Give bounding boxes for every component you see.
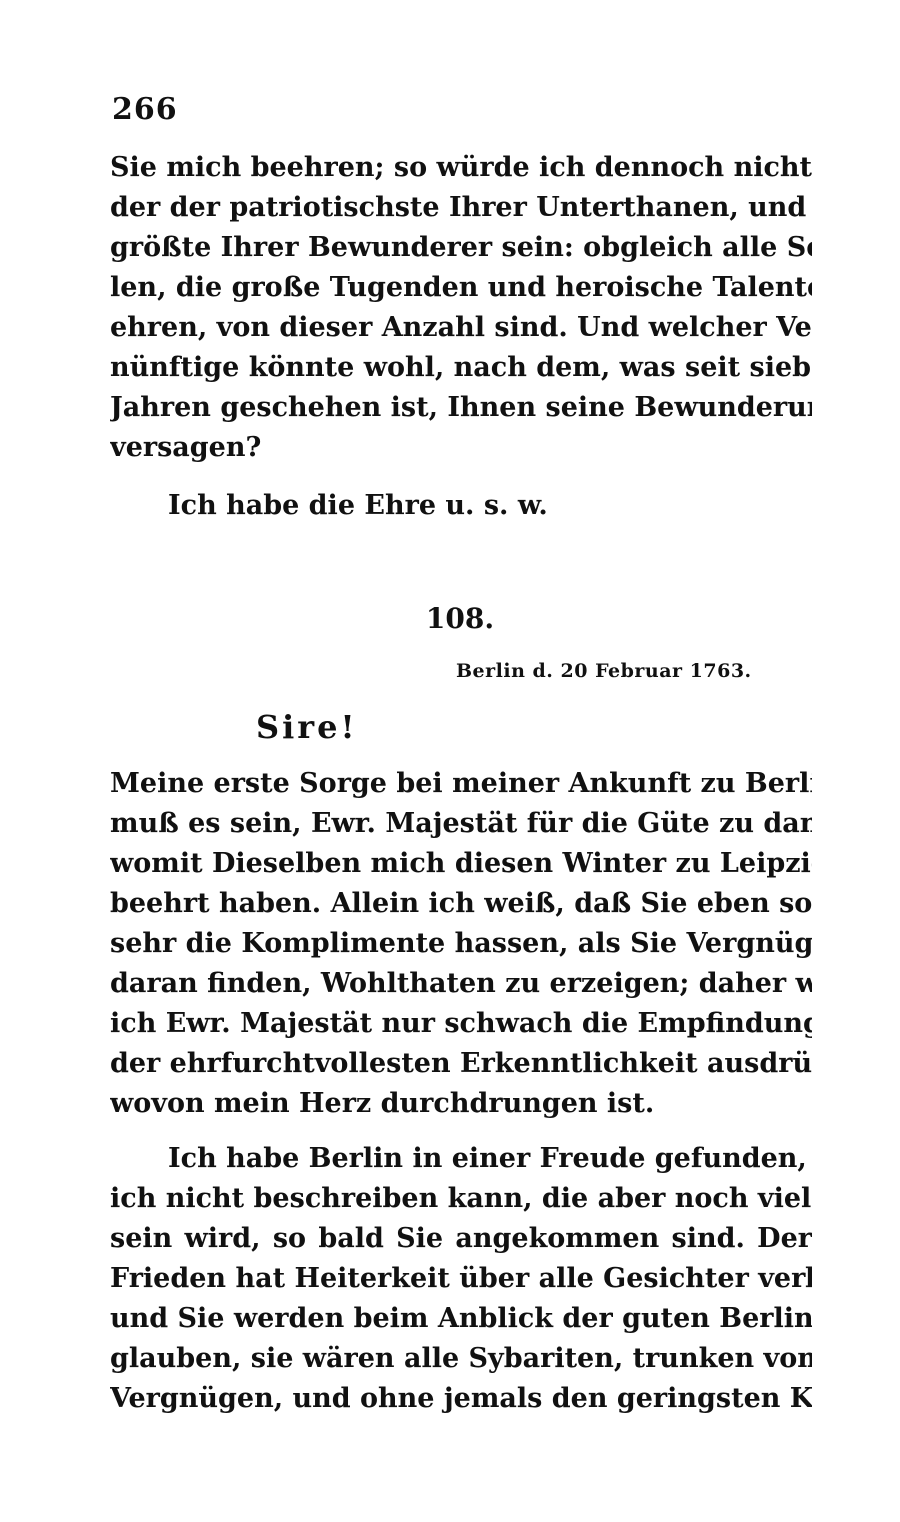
text-line: größte Ihrer Bewunderer sein: obgleich a… (110, 228, 812, 268)
page-number: 266 (112, 92, 178, 127)
text-line: Jahren geschehen ist, Ihnen seine Bewund… (110, 388, 812, 428)
text-line: daran finden, Wohlthaten zu erzeigen; da… (110, 964, 812, 1004)
text-line: versagen? (110, 428, 812, 468)
text-line: glauben, sie wären alle Sybariten, trunk… (110, 1339, 812, 1379)
text-line: der ehrfurchtvollesten Erkenntlichkeit a… (110, 1044, 812, 1084)
closing-formula: Ich habe die Ehre u. s. w. (168, 490, 548, 521)
text-line: ich Ewr. Majestät nur schwach die Empfin… (110, 1004, 812, 1044)
text-line: Vergnügen, und ohne jemals den geringste… (110, 1379, 812, 1419)
text-line: ich nicht beschreiben kann, die aber noc… (110, 1179, 812, 1219)
letter-number: 108. (0, 602, 900, 635)
salutation: Sire! (256, 708, 358, 746)
dateline: Berlin d. 20 Februar 1763. (456, 660, 752, 682)
continuation-paragraph: Sie mich beehren; so würde ich dennoch n… (110, 148, 812, 468)
text-line: ehren, von dieser Anzahl sind. Und welch… (110, 308, 812, 348)
text-line: sehr die Komplimente hassen, als Sie Ver… (110, 924, 812, 964)
text-line: wovon mein Herz durchdrungen ist. (110, 1084, 812, 1124)
text-line: Frieden hat Heiterkeit über alle Gesicht… (110, 1259, 812, 1299)
text-line: Ich habe Berlin in einer Freude gefunden… (110, 1139, 812, 1179)
letter-paragraph-1: Meine erste Sorge bei meiner Ankunft zu … (110, 764, 812, 1124)
text-line: beehrt haben. Allein ich weiß, daß Sie e… (110, 884, 812, 924)
text-line: muß es sein, Ewr. Majestät für die Güte … (110, 804, 812, 844)
text-line: der der patriotischste Ihrer Unterthanen… (110, 188, 812, 228)
text-line: Meine erste Sorge bei meiner Ankunft zu … (110, 764, 812, 804)
text-line: len, die große Tugenden und heroische Ta… (110, 268, 812, 308)
text-line: nünftige könnte wohl, nach dem, was seit… (110, 348, 812, 388)
text-line: Sie mich beehren; so würde ich dennoch n… (110, 148, 812, 188)
letter-paragraph-2: Ich habe Berlin in einer Freude gefunden… (110, 1139, 812, 1419)
text-line: und Sie werden beim Anblick der guten Be… (110, 1299, 812, 1339)
text-line: womit Dieselben mich diesen Winter zu Le… (110, 844, 812, 884)
text-line: sein wird, so bald Sie angekommen sind. … (110, 1219, 812, 1259)
